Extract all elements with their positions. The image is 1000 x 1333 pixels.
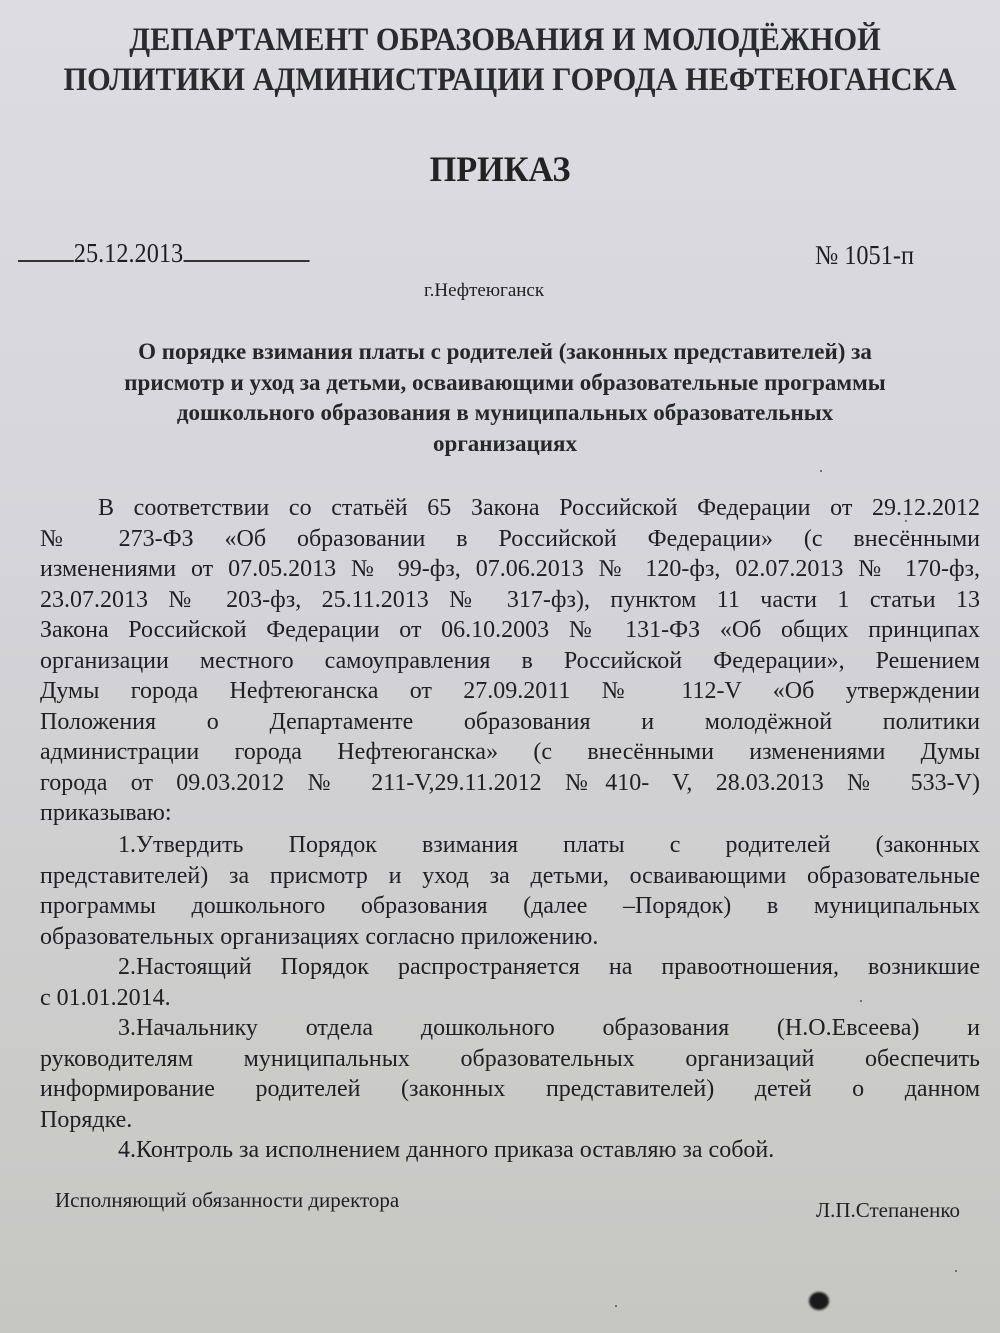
subject-line: О порядке взимания платы с родителей (за… — [30, 337, 980, 368]
item-line: с 01.01.2014. — [40, 983, 980, 1014]
paper-speck — [860, 1000, 862, 1002]
order-subject: О порядке взимания платы с родителей (за… — [30, 337, 980, 459]
order-number: № 1051-п — [815, 240, 914, 271]
subject-line: организациях — [30, 429, 980, 460]
department-name-line-1: ДЕПАРТАМЕНТ ОБРАЗОВАНИЯ И МОЛОДЁЖНОЙ — [45, 20, 965, 60]
order-item-4: 4.Контроль за исполнением данного приказ… — [40, 1135, 980, 1166]
item-line: Порядке. — [40, 1105, 980, 1136]
item-line: 2.Настоящий Порядок распространяется на … — [40, 952, 980, 983]
signatory-name: Л.П.Степаненко — [816, 1198, 960, 1223]
item-line: представителей) за присмотр и уход за де… — [40, 861, 980, 892]
preamble-line: Думы города Нефтеюганска от 27.09.2011 №… — [40, 676, 980, 707]
paper-speck — [615, 1305, 617, 1307]
preamble-line-order-word: приказываю: — [40, 798, 980, 829]
subject-line: присмотр и уход за детьми, осваивающими … — [30, 368, 980, 399]
paper-speck — [905, 520, 907, 522]
item-line: образовательных организациях согласно пр… — [40, 922, 980, 953]
item-line: информирование родителей (законных предс… — [40, 1074, 980, 1105]
item-line: 3.Начальнику отдела дошкольного образова… — [40, 1013, 980, 1044]
item-line: руководителям муниципальных образователь… — [40, 1044, 980, 1075]
paper-speck — [955, 1270, 957, 1272]
subject-line: дошкольного образования в муниципальных … — [30, 398, 980, 429]
preamble-line: города от 09.03.2012 № 211-V,29.11.2012 … — [40, 768, 980, 799]
preamble-paragraph: В соответствии со статьёй 65 Закона Росс… — [40, 493, 980, 829]
date-underline-right — [183, 260, 309, 262]
order-item-1: 1.Утвердить Порядок взимания платы с род… — [40, 830, 980, 952]
paper-speck — [820, 470, 822, 472]
ink-blot — [809, 1292, 829, 1310]
preamble-line: изменениями от 07.05.2013 № 99-фз, 07.06… — [40, 554, 980, 585]
preamble-line: организации местного самоуправления в Ро… — [40, 646, 980, 677]
preamble-line: Закона Российской Федерации от 06.10.200… — [40, 615, 980, 646]
document-type-title: ПРИКАЗ — [25, 148, 975, 190]
preamble-line: В соответствии со статьёй 65 Закона Росс… — [40, 493, 980, 524]
signatory-role: Исполняющий обязанности директора — [55, 1188, 399, 1213]
order-item-3: 3.Начальнику отдела дошкольного образова… — [40, 1013, 980, 1135]
item-line: программы дошкольного образования (далее… — [40, 891, 980, 922]
order-item-2: 2.Настоящий Порядок распространяется на … — [40, 952, 980, 1013]
order-items: 1.Утвердить Порядок взимания платы с род… — [40, 830, 980, 1166]
item-line: 4.Контроль за исполнением данного приказ… — [40, 1135, 980, 1166]
city-name: г.Нефтеюганск — [424, 280, 544, 302]
department-name-line-2: ПОЛИТИКИ АДМИНИСТРАЦИИ ГОРОДА НЕФТЕЮГАНС… — [50, 60, 970, 100]
document-page: ДЕПАРТАМЕНТ ОБРАЗОВАНИЯ И МОЛОДЁЖНОЙ ПОЛ… — [0, 0, 1000, 1333]
preamble-line: администрации города Нефтеюганска» (с вн… — [40, 737, 980, 768]
order-date: 25.12.2013 — [74, 238, 183, 268]
preamble-line: 23.07.2013 № 203-фз, 25.11.2013 № 317-фз… — [40, 585, 980, 616]
preamble-line: Положения о Департаменте образования и м… — [40, 707, 980, 738]
preamble-line: № 273-ФЗ «Об образовании в Российской Фе… — [40, 524, 980, 555]
item-line: 1.Утвердить Порядок взимания платы с род… — [40, 830, 980, 861]
date-underline-left — [18, 260, 74, 262]
order-date-line: 25.12.2013 — [18, 238, 309, 269]
